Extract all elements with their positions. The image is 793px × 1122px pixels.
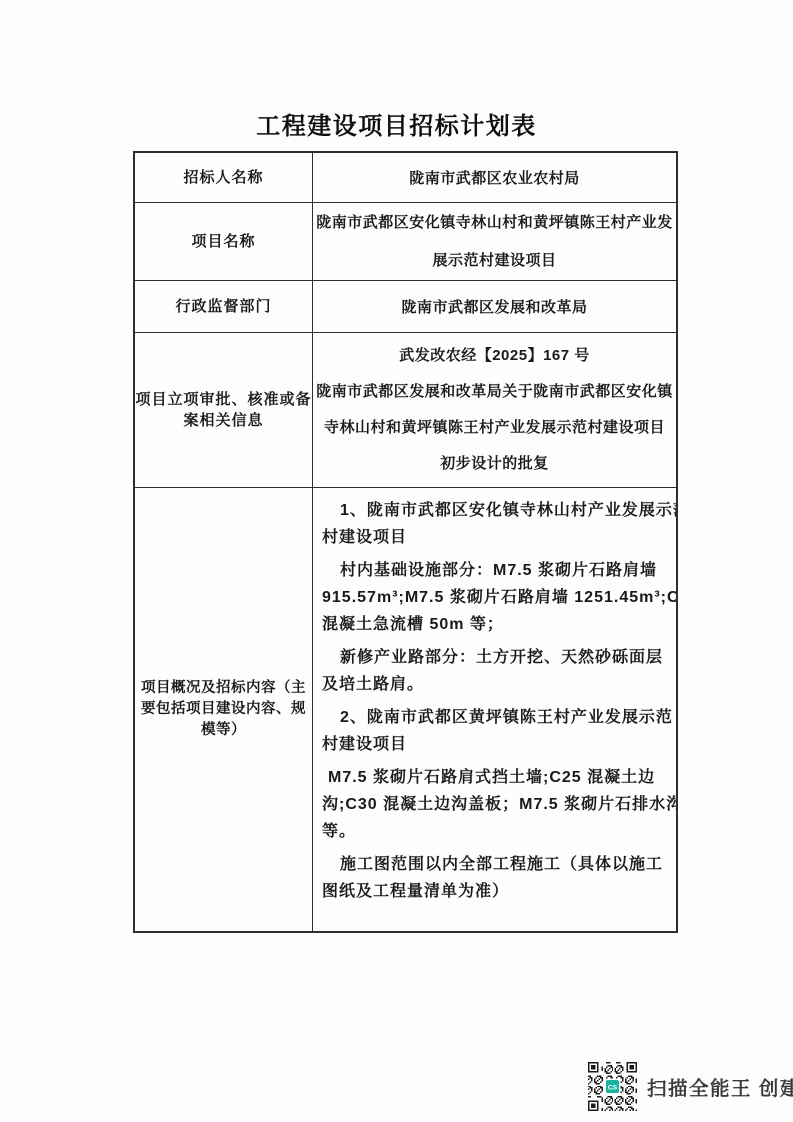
value-line: 陇南市武都区安化镇寺林山村和黄坪镇陈王村产业发 <box>316 204 673 242</box>
value-line: 初步设计的批复 <box>440 446 549 482</box>
value-line: 沟;C30 混凝土边沟盖板；M7.5 浆砌片石排水沟 <box>322 791 674 818</box>
label-line: 要包括项目建设内容、规 <box>141 699 306 720</box>
label-line: 案相关信息 <box>183 410 263 431</box>
label-line: 项目立项审批、核准或备 <box>135 389 311 410</box>
table-row-supervisor: 行政监督部门 陇南市武都区发展和改革局 <box>135 280 676 332</box>
row-value: 陇南市武都区安化镇寺林山村和黄坪镇陈王村产业发 展示范村建设项目 <box>313 203 676 280</box>
value-line: 2、陇南市武都区黄坪镇陈王村产业发展示范 <box>322 704 674 731</box>
table-row-project-name: 项目名称 陇南市武都区安化镇寺林山村和黄坪镇陈王村产业发 展示范村建设项目 <box>135 202 676 280</box>
row-value: 1、陇南市武都区安化镇寺林山村产业发展示范 村建设项目 村内基础设施部分：M7.… <box>313 488 676 931</box>
value-line: 915.57m³;M7.5 浆砌片石路肩墙 1251.45m³;C25 <box>322 584 674 611</box>
table-row-project-overview: 项目概况及招标内容（主 要包括项目建设内容、规 模等） 1、陇南市武都区安化镇寺… <box>135 487 676 931</box>
value-line: 陇南市武都区发展和改革局关于陇南市武都区安化镇 <box>316 374 673 410</box>
document-title: 工程建设项目招标计划表 <box>0 106 793 141</box>
value-line: 混凝土急流槽 50m 等； <box>322 611 674 638</box>
value-line: 等。 <box>322 818 674 845</box>
value-line: 武发改农经【2025】167 号 <box>399 338 590 374</box>
watermark-text: 扫描全能王 创建 <box>647 1073 793 1101</box>
label-line: 项目概况及招标内容（主 <box>141 678 306 699</box>
value-line: 新修产业路部分：土方开挖、天然砂砾面层 <box>322 644 674 671</box>
value-line: M7.5 浆砌片石路肩式挡土墙;C25 混凝土边 <box>322 764 674 791</box>
row-label: 项目概况及招标内容（主 要包括项目建设内容、规 模等） <box>135 488 313 931</box>
scanned-document-page: 工程建设项目招标计划表 招标人名称 陇南市武都区农业农村局 项目名称 陇南市武都… <box>0 0 793 1122</box>
table-row-approval-info: 项目立项审批、核准或备 案相关信息 武发改农经【2025】167 号 陇南市武都… <box>135 332 676 487</box>
value-line: 村建设项目 <box>322 731 674 758</box>
value-line: 施工图范围以内全部工程施工（具体以施工 <box>322 851 674 878</box>
value-line: 村内基础设施部分：M7.5 浆砌片石路肩墙 <box>322 557 674 584</box>
row-label: 招标人名称 <box>135 153 313 202</box>
value-line: 寺林山村和黄坪镇陈王村产业发展示范村建设项目 <box>324 410 665 446</box>
value-line: 村建设项目 <box>322 524 674 551</box>
value-line: 展示范村建设项目 <box>432 242 556 280</box>
row-label: 行政监督部门 <box>135 281 313 332</box>
row-label: 项目立项审批、核准或备 案相关信息 <box>135 333 313 487</box>
camscanner-logo-text: CS <box>608 1084 618 1091</box>
row-value: 陇南市武都区发展和改革局 <box>313 281 676 332</box>
value-line: 及培土路肩。 <box>322 671 674 698</box>
value-line: 1、陇南市武都区安化镇寺林山村产业发展示范 <box>322 497 674 524</box>
qr-code: CS <box>588 1062 637 1111</box>
row-value: 陇南市武都区农业农村局 <box>313 153 676 202</box>
bidding-plan-table: 招标人名称 陇南市武都区农业农村局 项目名称 陇南市武都区安化镇寺林山村和黄坪镇… <box>133 151 678 933</box>
value-line: 图纸及工程量清单为准） <box>322 878 674 905</box>
row-value: 武发改农经【2025】167 号 陇南市武都区发展和改革局关于陇南市武都区安化镇… <box>313 333 676 487</box>
row-label: 项目名称 <box>135 203 313 280</box>
label-line: 模等） <box>201 720 246 741</box>
table-row-bidder: 招标人名称 陇南市武都区农业农村局 <box>135 153 676 202</box>
camscanner-watermark: CS 扫描全能王 创建 <box>588 1062 793 1111</box>
